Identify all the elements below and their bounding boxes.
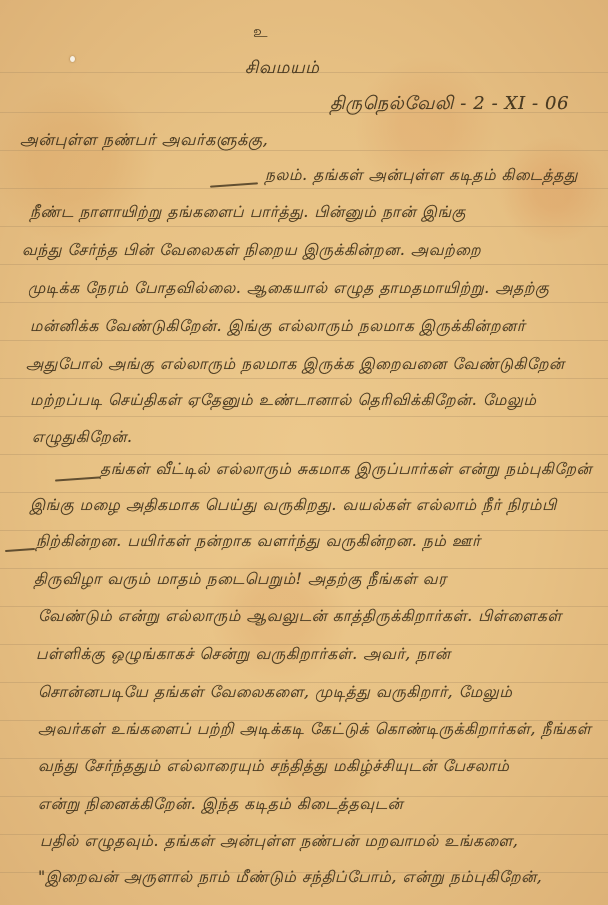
auspicious-mark: உ xyxy=(253,22,268,43)
ruled-line xyxy=(0,454,608,455)
paragraph-1-line: எழுதுகிறேன். xyxy=(32,428,133,448)
paragraph-1-line: மற்றப்படி செய்திகள் ஏதேனும் உண்டானால் தெ… xyxy=(30,391,537,411)
paragraph-1-line: வந்து சேர்ந்த பின் வேலைகள் நிறைய இருக்கி… xyxy=(22,241,481,261)
ruled-line xyxy=(0,302,608,303)
place-and-date: திருநெல்வேலி - 2 - XI - 06 xyxy=(330,93,569,116)
paragraph-1-line: மன்னிக்க வேண்டுகிறேன். இங்கு எல்லாரும் ந… xyxy=(30,317,525,337)
paragraph-1-line: நீண்ட நாளாயிற்று தங்களைப் பார்த்து. பின்… xyxy=(30,203,466,223)
paragraph-2-line: பள்ளிக்கு ஒழுங்காகச் சென்று வருகிறார்கள்… xyxy=(36,645,451,665)
salutation: அன்புள்ள நண்பர் அவர்களுக்கு, xyxy=(20,130,268,151)
paragraph-1-line: அதுபோல் அங்கு எல்லாரும் நலமாக இருக்க இறை… xyxy=(26,355,565,375)
paragraph-2-line: வந்து சேர்ந்ததும் எல்லாரையும் சந்தித்து … xyxy=(38,757,509,777)
ruled-line xyxy=(0,264,608,265)
ruled-line xyxy=(0,226,608,227)
paragraph-2-line: "இறைவன் அருளால் நாம் மீண்டும் சந்திப்போம… xyxy=(38,868,542,888)
letter-heading: சிவமயம் xyxy=(245,58,320,80)
paragraph-2-line: இங்கு மழை அதிகமாக பெய்து வருகிறது. வயல்க… xyxy=(30,496,557,516)
paragraph-2-line: என்று நினைக்கிறேன். இந்த கடிதம் கிடைத்தவ… xyxy=(38,795,403,815)
indent-stroke xyxy=(210,182,258,187)
paragraph-2-line: தங்கள் வீட்டில் எல்லாரும் சுகமாக இருப்பா… xyxy=(100,460,592,480)
ruled-line xyxy=(0,378,608,379)
indent-stroke xyxy=(55,476,100,481)
paragraph-1-line: முடிக்க நேரம் போதவில்லை. ஆகையால் எழுத தா… xyxy=(28,279,549,299)
paragraph-2-line: திருவிழா வரும் மாதம் நடைபெறும்! அதற்கு ந… xyxy=(34,570,447,590)
paragraph-2-line: நிற்கின்றன. பயிர்கள் நன்றாக வளர்ந்து வரு… xyxy=(36,532,481,552)
ruled-line xyxy=(0,340,608,341)
paragraph-2-line: பதில் எழுதவும். தங்கள் அன்புள்ள நண்பன் ம… xyxy=(40,832,518,852)
ruled-line xyxy=(0,188,608,189)
letter-page: உ சிவமயம் திருநெல்வேலி - 2 - XI - 06 அன்… xyxy=(0,0,608,905)
pin-hole xyxy=(70,56,75,62)
paragraph-2-line: சொன்னபடியே தங்கள் வேலைகளை, முடித்து வருக… xyxy=(38,683,512,703)
paragraph-2-line: வேண்டும் என்று எல்லாரும் ஆவலுடன் காத்திர… xyxy=(38,607,562,627)
ruled-line xyxy=(0,530,608,531)
paragraph-1-line: நலம். தங்கள் அன்புள்ள கடிதம் கிடைத்தது xyxy=(265,166,578,186)
indent-stroke xyxy=(5,548,35,552)
ruled-line xyxy=(0,568,608,569)
paragraph-2-line: அவர்கள் உங்களைப் பற்றி அடிக்கடி கேட்டுக்… xyxy=(38,720,591,740)
ruled-line xyxy=(0,416,608,417)
ruled-line xyxy=(0,492,608,493)
